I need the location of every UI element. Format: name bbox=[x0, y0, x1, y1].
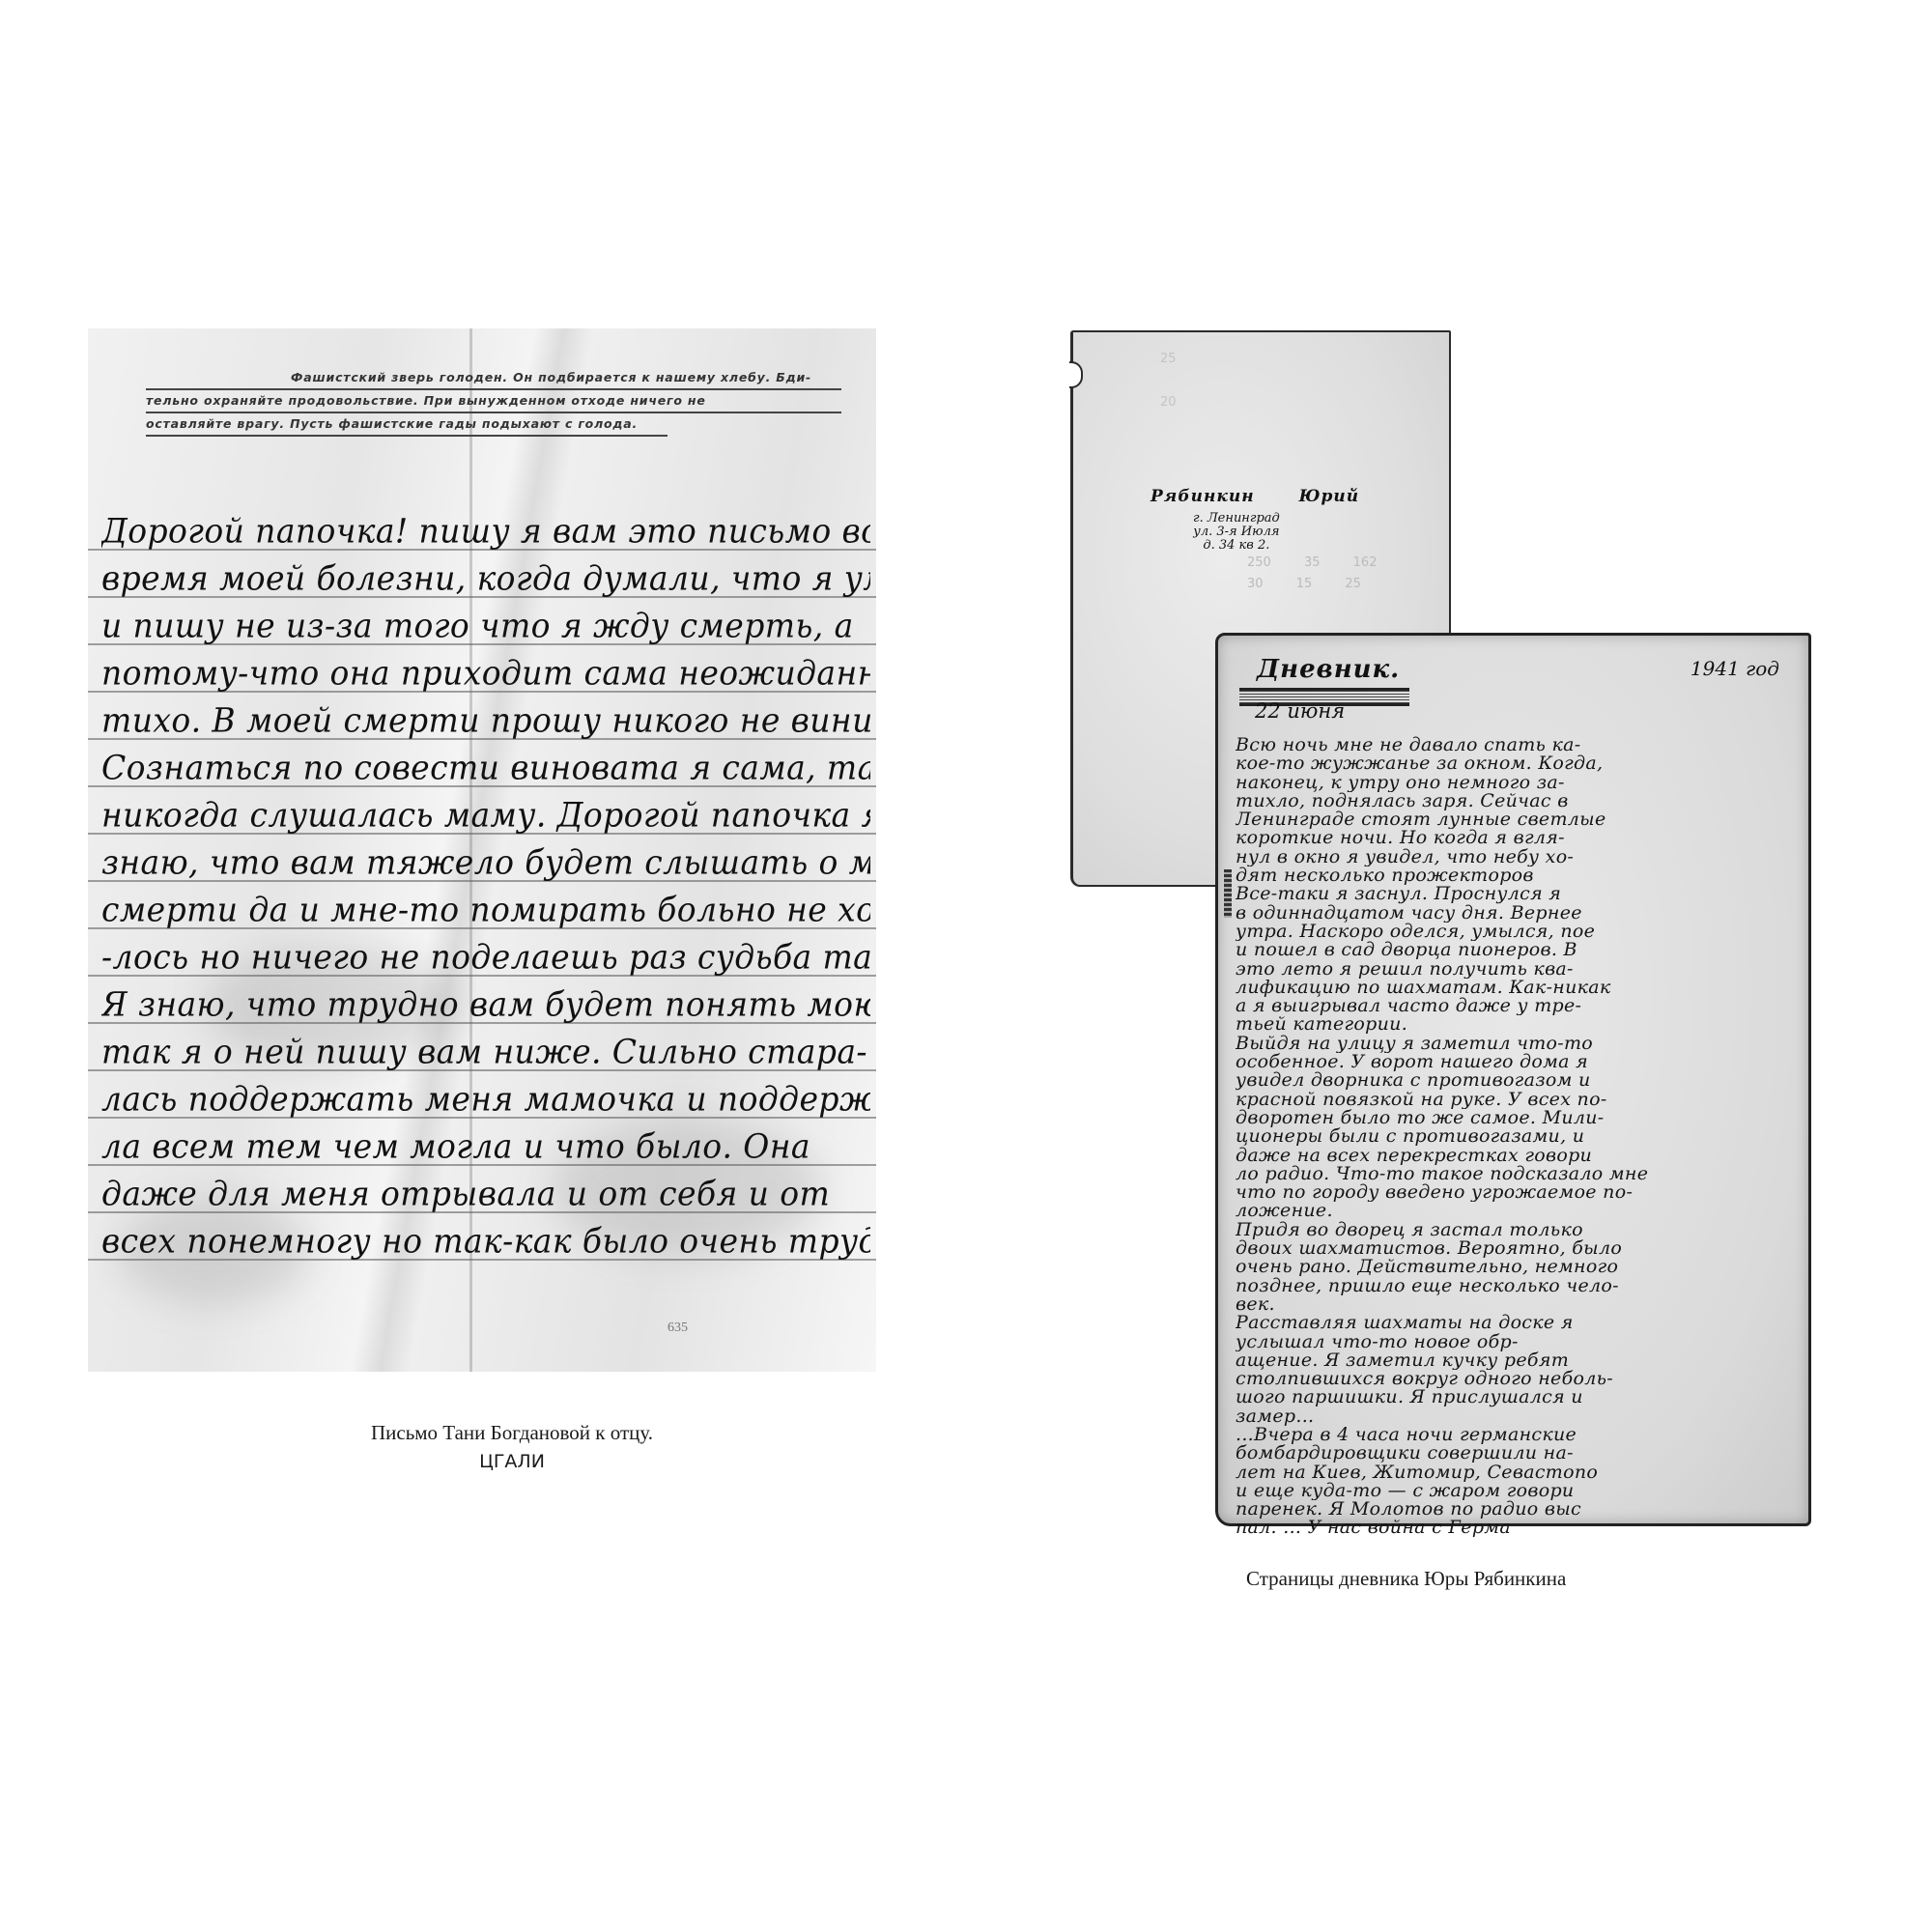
diary-line: ложение. bbox=[1236, 1202, 1799, 1220]
diary-line: пал. ... У нас война с Герма bbox=[1236, 1519, 1799, 1537]
diary-line: шого паршишки. Я прислушался и bbox=[1236, 1388, 1799, 1406]
header-line: тельно охраняйте продовольствие. При вын… bbox=[146, 390, 841, 413]
diary-line: Расставляя шахматы на доске я bbox=[1236, 1314, 1799, 1332]
diary-line: нул в окно я увидел, что небу хо- bbox=[1236, 848, 1799, 867]
archive-stamp: 635 bbox=[668, 1321, 688, 1336]
diary-line: ...Вчера в 4 часа ночи германские bbox=[1236, 1426, 1799, 1444]
letter-line: лась поддержать меня мамочка и поддержив… bbox=[101, 1079, 870, 1119]
header-line: Фашистский зверь голоден. Он подбирается… bbox=[146, 367, 841, 390]
diary-line: позднее, пришло еще несколько чело- bbox=[1236, 1277, 1799, 1295]
diary-line: наконец, к утру оно немного за- bbox=[1236, 774, 1799, 792]
diary-line: замер... bbox=[1236, 1407, 1799, 1426]
diary-date: 22 июня bbox=[1255, 699, 1345, 723]
diary-line: очень рано. Действительно, немного bbox=[1236, 1258, 1799, 1276]
diary-line: это лето я решил получить ква- bbox=[1236, 960, 1799, 979]
letter-line: даже для меня отрывала и от себя и от bbox=[101, 1174, 870, 1213]
cover-address: г. Ленинград ул. 3-я Июля д. 34 кв 2. bbox=[1193, 512, 1280, 553]
book-spread: Фашистский зверь голоден. Он подбирается… bbox=[0, 0, 1932, 1932]
faint-numbers: 250 35 162 30 15 25 bbox=[1247, 553, 1377, 595]
letter-line: тихо. В моей смерти прошу никого не вини… bbox=[101, 700, 870, 740]
diary-line: тихло, поднялась заря. Сейчас в bbox=[1236, 792, 1799, 810]
diary-body: Всю ночь мне не давало спать ка- кое-то … bbox=[1236, 736, 1799, 1538]
owner-surname: Рябинкин bbox=[1151, 487, 1255, 506]
letter-line: всех понемногу но так-как было очень тру… bbox=[101, 1221, 870, 1261]
diary-title: Дневник. bbox=[1257, 655, 1400, 684]
diary-line: Ленинграде стоят лунные светлые bbox=[1236, 810, 1799, 829]
diary-line: дят несколько прожекторов bbox=[1236, 867, 1799, 885]
diary-line: бомбардировщики совершили на- bbox=[1236, 1444, 1799, 1463]
diary-line: паренек. Я Молотов по радио выс bbox=[1236, 1500, 1799, 1519]
letter-line: время моей болезни, когда думали, что я … bbox=[101, 558, 870, 598]
letter-line: знаю, что вам тяжело будет слышать о мое… bbox=[101, 842, 870, 882]
diary-line: даже на всех перекрестках говори bbox=[1236, 1147, 1799, 1165]
diary-line: особенное. У ворот нашего дома я bbox=[1236, 1053, 1799, 1071]
letter-line: потому-что она приходит сама неожиданно … bbox=[101, 653, 870, 693]
printed-propaganda-header: Фашистский зверь голоден. Он подбирается… bbox=[146, 367, 841, 437]
diary-line: и еще куда-то — с жаром говори bbox=[1236, 1482, 1799, 1500]
letter-line: -лось но ничего не поделаешь раз судьба … bbox=[101, 937, 870, 977]
letter-line: Сознаться по совести виновата я сама, та… bbox=[101, 748, 870, 787]
diary-line: короткие ночи. Но когда я вгля- bbox=[1236, 829, 1799, 847]
diary-line: лет на Киев, Житомир, Севастопо bbox=[1236, 1463, 1799, 1482]
diary-line: ащение. Я заметил кучку ребят bbox=[1236, 1351, 1799, 1370]
diary-line: лификацию по шахматам. Как-никак bbox=[1236, 979, 1799, 997]
letter-photo: Фашистский зверь голоден. Он подбирается… bbox=[88, 328, 876, 1372]
diary-line: ционеры были с противогазами, и bbox=[1236, 1127, 1799, 1146]
diary-line: красной повязкой на руке. У всех по- bbox=[1236, 1091, 1799, 1109]
diary-year: 1941 год bbox=[1690, 657, 1779, 680]
diary-line: а я выигрывал часто даже у тре- bbox=[1236, 997, 1799, 1015]
caption-title: Письмо Тани Богдановой к отцу. bbox=[270, 1418, 753, 1447]
letter-line: ла всем тем чем могла и что было. Она bbox=[101, 1126, 870, 1166]
diary-line: дворотен было то же самое. Мили- bbox=[1236, 1109, 1799, 1127]
diary-line: увидел дворника с противогазом и bbox=[1236, 1071, 1799, 1090]
address-line: ул. 3-я Июля bbox=[1193, 526, 1280, 539]
caption-archive: ЦГАЛИ bbox=[270, 1447, 753, 1476]
letter-line: Я знаю, что трудно вам будет понять мою … bbox=[101, 984, 870, 1024]
diary-line: век. bbox=[1236, 1295, 1799, 1314]
diary-line: столпившихся вокруг одного неболь- bbox=[1236, 1370, 1799, 1388]
faint-pencil-mark: 20 bbox=[1160, 395, 1177, 410]
diary-line: Выйдя на улицу я заметил что-то bbox=[1236, 1035, 1799, 1053]
address-line: г. Ленинград bbox=[1193, 512, 1280, 526]
letter-line: Дорогой папочка! пишу я вам это письмо в… bbox=[101, 511, 870, 551]
margin-mark bbox=[1224, 869, 1232, 918]
diary-line: утра. Наскоро оделся, умылся, пое bbox=[1236, 923, 1799, 941]
diary-line: кое-то жужжанье за окном. Когда, bbox=[1236, 754, 1799, 773]
diary-line: двоих шахматистов. Вероятно, было bbox=[1236, 1239, 1799, 1258]
owner-given-name: Юрий bbox=[1299, 487, 1360, 506]
diary-line: и пошел в сад дворца пионеров. В bbox=[1236, 941, 1799, 959]
diary-line: в одиннадцатом часу дня. Вернее bbox=[1236, 904, 1799, 923]
diary-page: Дневник. 22 июня 1941 год Всю ночь мне н… bbox=[1215, 633, 1811, 1526]
letter-line: так я о ней пишу вам ниже. Сильно стара- bbox=[101, 1032, 870, 1071]
page-notch bbox=[1069, 361, 1083, 388]
diary-line: Все-таки я заснул. Проснулся я bbox=[1236, 885, 1799, 903]
header-line: оставляйте врагу. Пусть фашистские гады … bbox=[146, 413, 668, 437]
diary-caption: Страницы дневника Юры Рябинкина bbox=[1246, 1567, 1681, 1591]
letter-line: смерти да и мне-то помирать больно не хо… bbox=[101, 890, 870, 929]
cover-owner-name: РябинкинЮрий bbox=[1151, 487, 1359, 506]
diary-line: тьей категории. bbox=[1236, 1015, 1799, 1034]
diary-line: Придя во дворец я застал только bbox=[1236, 1221, 1799, 1239]
letter-caption: Письмо Тани Богдановой к отцу. ЦГАЛИ bbox=[270, 1418, 753, 1476]
address-line: д. 34 кв 2. bbox=[1193, 539, 1280, 553]
diary-line: что по городу введено угрожаемое по- bbox=[1236, 1183, 1799, 1202]
diary-line: услышал что-то новое обр- bbox=[1236, 1333, 1799, 1351]
diary-line: ло радио. Что-то такое подсказало мне bbox=[1236, 1165, 1799, 1183]
letter-line: никогда слушалась маму. Дорогой папочка … bbox=[101, 795, 870, 835]
faint-pencil-mark: 25 bbox=[1160, 352, 1177, 366]
letter-line: и пишу не из-за того что я жду смерть, а bbox=[101, 606, 870, 645]
diary-line: Всю ночь мне не давало спать ка- bbox=[1236, 736, 1799, 754]
